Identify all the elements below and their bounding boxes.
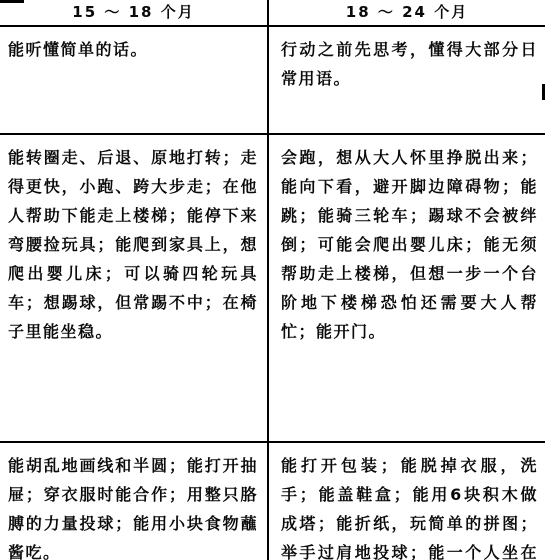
scanned-document-page: 15 ～ 18 个月 18 ～ 24 个月 能听懂简单的话。 行动之前先思考，懂… [0, 0, 545, 560]
table-cell-left-row3: 能胡乱地画线和半圆；能打开抽屉；穿衣服时能合作；用整只胳膊的力量投球；能用小块食… [0, 443, 269, 560]
table-cell-left-row2: 能转圈走、后退、原地打转；走得更快，小跑、跨大步走；在他人帮助下能走上楼梯；能停… [0, 135, 269, 443]
milestones-table: 15 ～ 18 个月 18 ～ 24 个月 能听懂简单的话。 行动之前先思考，懂… [0, 0, 545, 560]
table-cell-right-row3: 能打开包装；能脱掉衣服，洗手；能盖鞋盒；能用6块积木做成塔；能折纸，玩简单的拼图… [269, 443, 545, 560]
scan-artifact-top-left-rule [0, 0, 24, 3]
table-cell-right-row2: 会跑，想从大人怀里挣脱出来；能向下看，避开脚边障碍物；能跳；能骑三轮车；踢球不会… [269, 135, 545, 443]
column-header-18-24-months: 18 ～ 24 个月 [269, 0, 545, 27]
table-cell-right-row1: 行动之前先思考，懂得大部分日常用语。 [269, 27, 545, 135]
table-cell-left-row1: 能听懂简单的话。 [0, 27, 269, 135]
column-header-15-18-months: 15 ～ 18 个月 [0, 0, 269, 27]
